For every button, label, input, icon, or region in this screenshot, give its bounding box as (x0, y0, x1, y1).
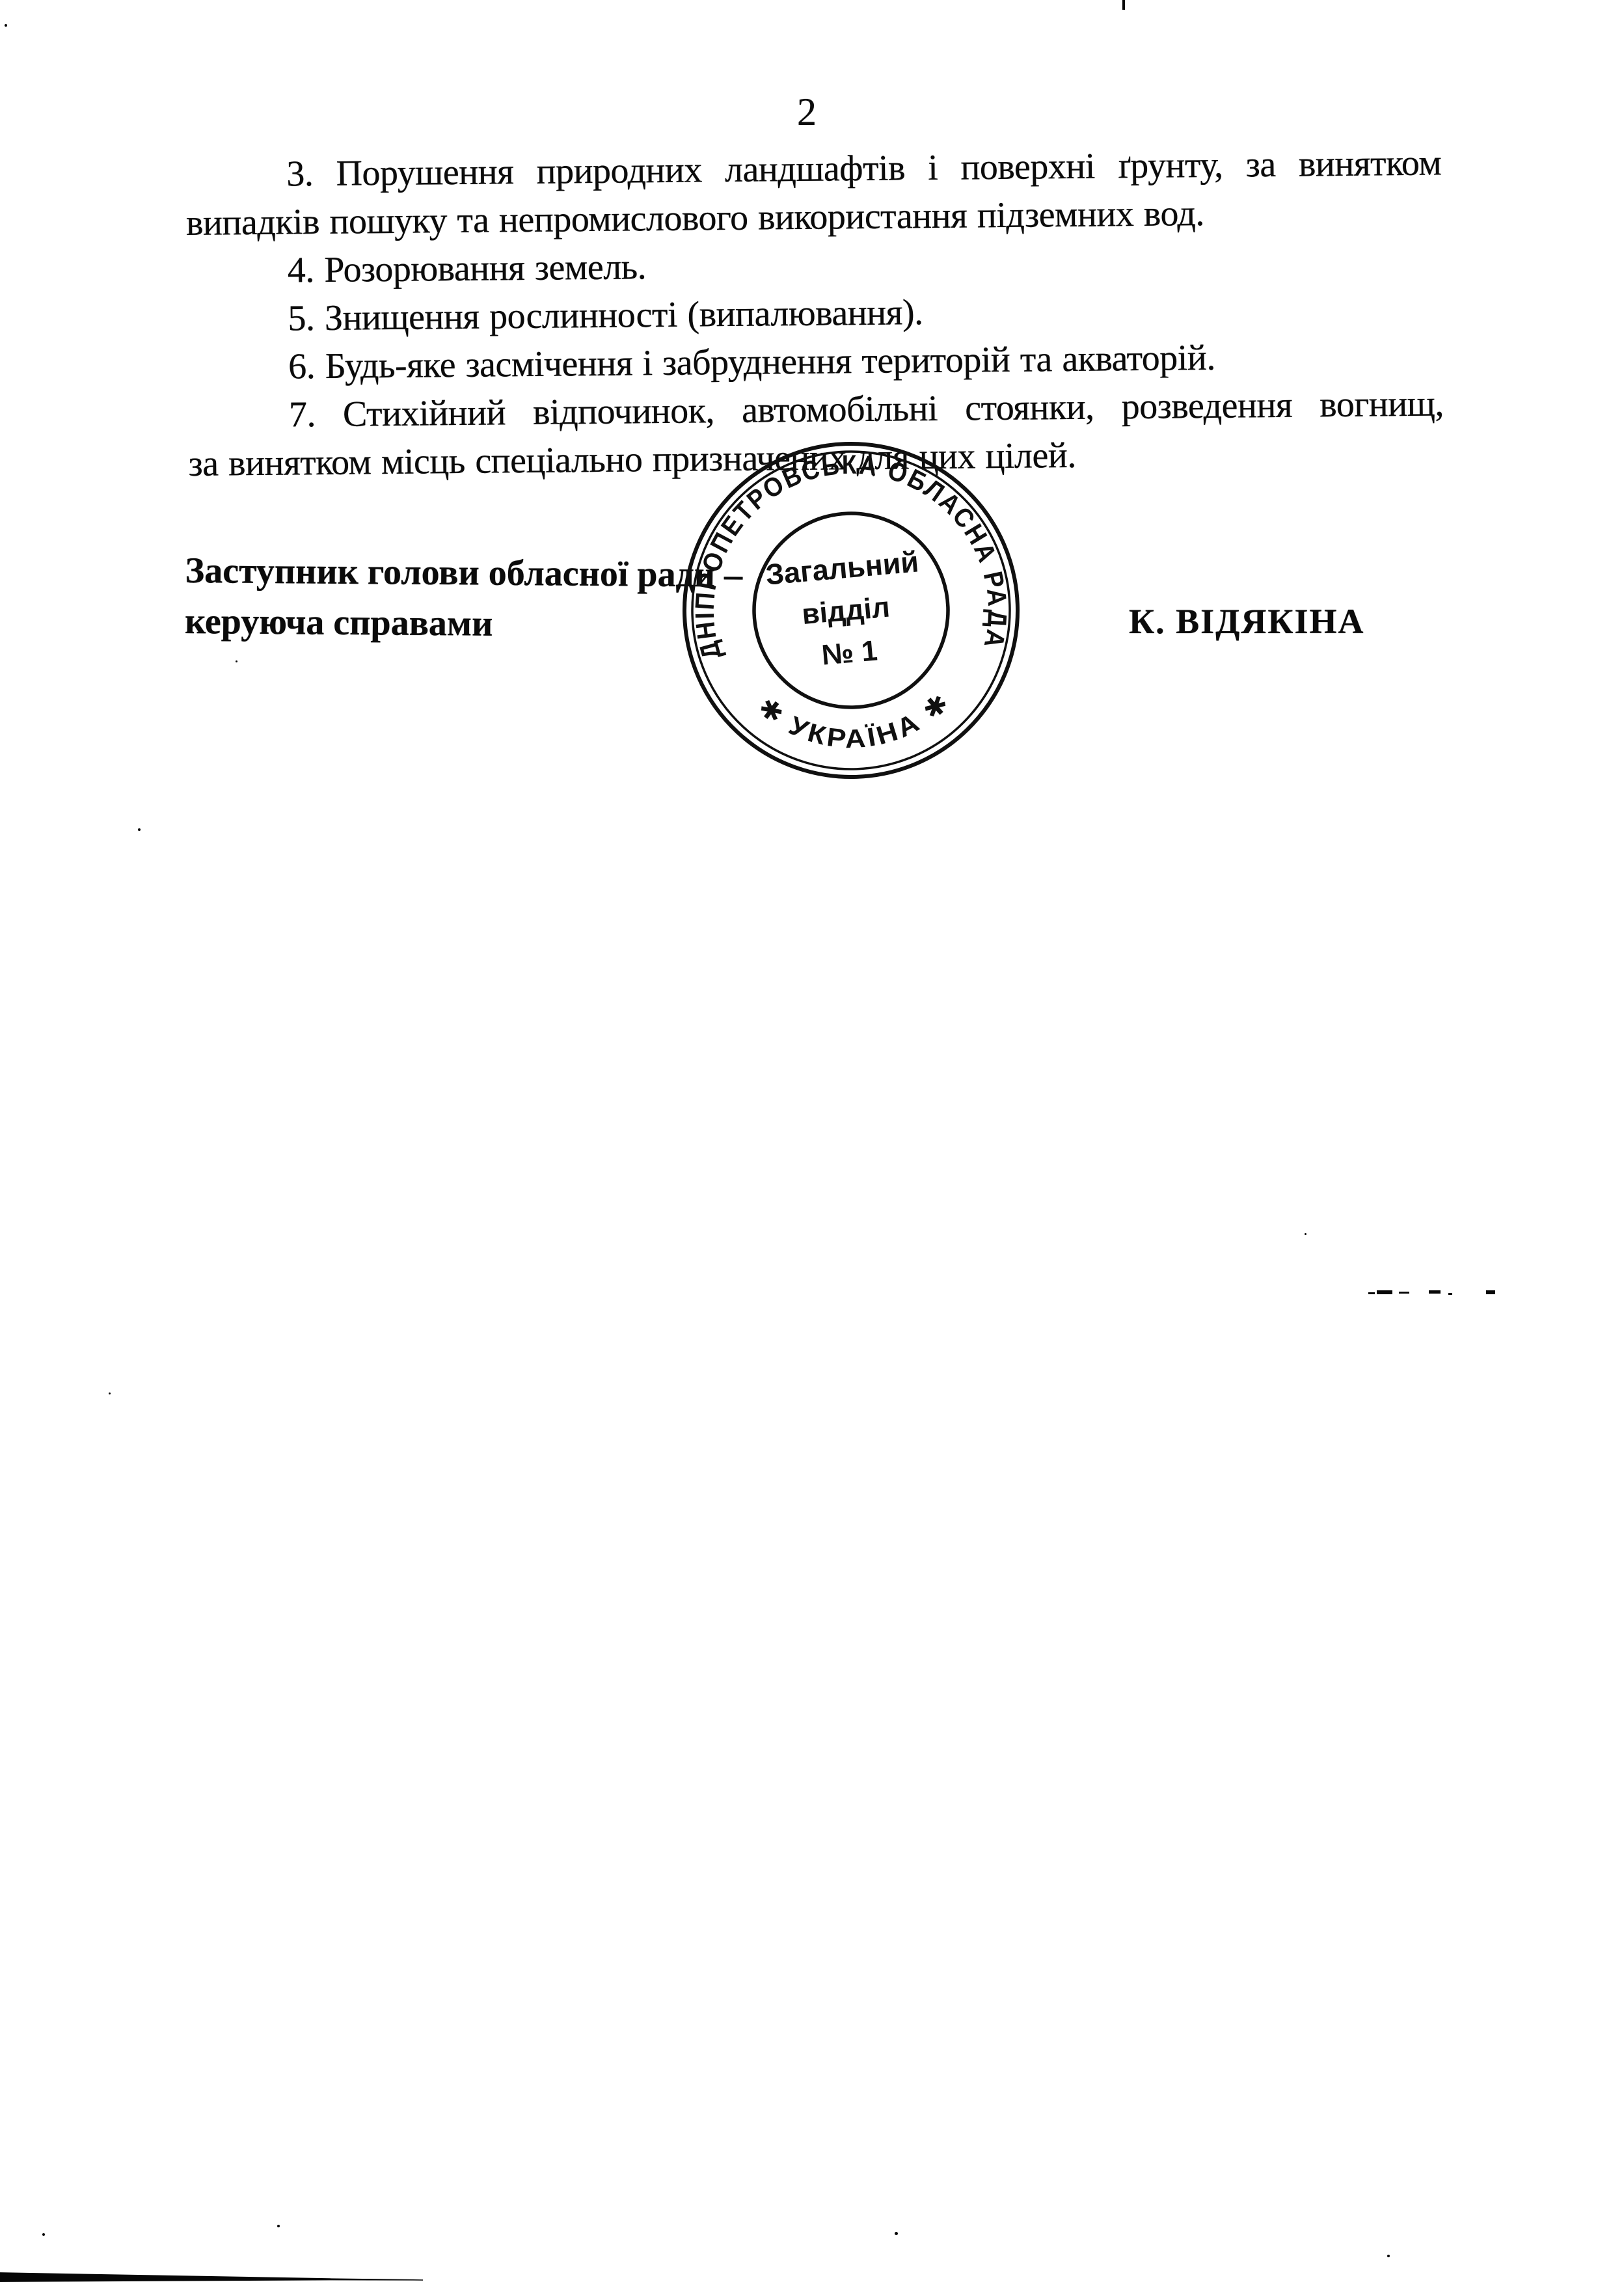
scan-artifact-speck (109, 1392, 111, 1394)
scan-artifact-speck (5, 24, 7, 27)
official-stamp: ДНІПРОПЕТРОВСЬКА ОБЛАСНА РАДА ✱ УКРАЇНА … (659, 418, 1043, 802)
signatory-name: К. ВІДЯКІНА (1129, 596, 1365, 647)
scan-artifact-speck (1305, 1233, 1306, 1235)
scan-artifact-dash (1399, 1292, 1409, 1294)
scan-artifact-dash (1486, 1290, 1495, 1294)
scan-artifact-speck (236, 660, 237, 662)
scan-artifact-speck (277, 2225, 280, 2227)
scan-artifact-speck (42, 2233, 45, 2236)
scanned-document-page: 2 3. Порушення природних ландшафтів і по… (0, 0, 1624, 2282)
scan-artifact-bottom-edge (0, 2270, 423, 2282)
scan-artifact-speck (1387, 2255, 1390, 2257)
scan-artifact-top-tick (1122, 0, 1125, 10)
scan-artifact-dash (1429, 1290, 1441, 1294)
svg-text:✱ УКРАЇНА ✱: ✱ УКРАЇНА ✱ (751, 686, 958, 757)
scan-artifact-dash (1377, 1290, 1392, 1294)
scan-artifact-dash (1368, 1292, 1375, 1294)
stamp-center-line-1: Загальний (765, 545, 920, 591)
stamp-center-line-2: відділ (801, 591, 891, 631)
scan-artifact-speck (138, 828, 141, 831)
stamp-bottom-arc-text: ✱ УКРАЇНА ✱ (751, 686, 958, 757)
page-number: 2 (703, 90, 911, 135)
scan-artifact-speck (895, 2232, 898, 2235)
stamp-center-line-3: № 1 (820, 634, 879, 671)
scan-artifact-dash (1448, 1293, 1452, 1295)
